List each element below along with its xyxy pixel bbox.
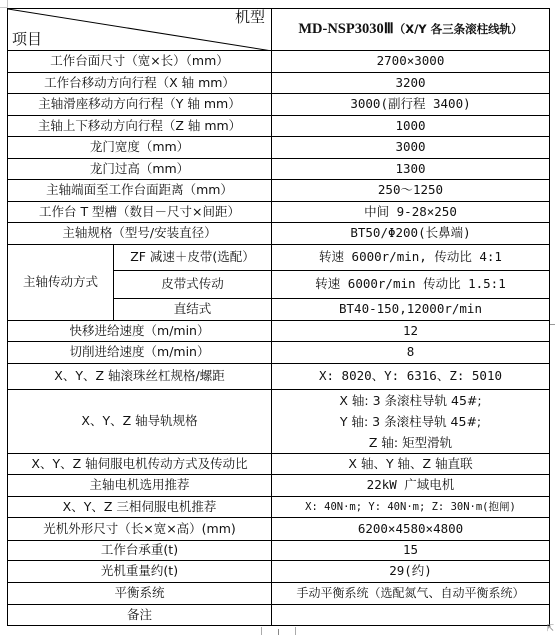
table-row: 龙门宽度（mm） 3000 <box>8 137 550 159</box>
row-value: 22kW 广域电机 <box>272 475 550 497</box>
table-row: 工作台承重(t) 15 <box>8 541 550 561</box>
spindle-drive-row: 主轴传动方式 ZF 减速＋皮带(选配） 转速 6000r/min, 传动比 4:… <box>8 245 550 271</box>
page-corner-mark <box>0 0 8 8</box>
row-value: 1300 <box>272 159 550 180</box>
table-row: 工作台面尺寸（宽×长）（mm） 2700×3000 <box>8 51 550 73</box>
table-row: 主轴端面至工作台面距离（mm） 250～1250 <box>8 180 550 202</box>
table-resize-handle[interactable] <box>261 627 296 635</box>
row-label: 龙门过高（mm） <box>8 159 272 180</box>
row-label: 切削进给速度（m/min） <box>8 342 272 364</box>
row-value: X: 40N·m; Y: 40N·m; Z: 30N·m(抱闸) <box>272 497 550 518</box>
table-row: 光机重量约(t) 29(约) <box>8 561 550 583</box>
row-label: 快移进给速度（m/min） <box>8 321 272 342</box>
table-row: 切削进给速度（m/min） 8 <box>8 342 550 364</box>
row-label: 工作台面尺寸（宽×长）（mm） <box>8 51 272 73</box>
spec-table: 机型 项目 MD-NSP3030Ⅲ（X/Y 各三条滚柱线轨） 工作台面尺寸（宽×… <box>7 8 550 626</box>
row-value: 中间 9-28×250 <box>272 202 550 223</box>
row-value: 12 <box>272 321 550 342</box>
row-label: 工作台 T 型槽（数目－尺寸×间距） <box>8 202 272 223</box>
header-item-label: 项目 <box>12 31 42 48</box>
row-value: 15 <box>272 541 550 561</box>
header-diagonal-cell: 机型 项目 <box>8 9 272 51</box>
table-row: X、Y、Z 轴伺服电机传动方式及传动比 X 轴、Y 轴、Z 轴直联 <box>8 454 550 475</box>
row-label: 工作台承重(t) <box>8 541 272 561</box>
row-value: X 轴、Y 轴、Z 轴直联 <box>272 454 550 475</box>
header-model-label: 机型 <box>235 9 265 26</box>
table-row: X、Y、Z 轴滚珠丝杠规格/螺距 X: 8020、Y: 6316、Z: 5010 <box>8 364 550 390</box>
model-name-cell: MD-NSP3030Ⅲ（X/Y 各三条滚柱线轨） <box>272 9 550 51</box>
spindle-drive-option-label: 直结式 <box>114 299 272 321</box>
spindle-drive-option-label: 皮带式传动 <box>114 271 272 299</box>
guide-rail-row: X、Y、Z 轴导轨规格 X 轴: 3 条滚柱导轨 45#; Y 轴: 3 条滚柱… <box>8 390 550 454</box>
row-value: 手动平衡系统（选配氮气、自动平衡系统） <box>272 583 550 605</box>
row-value: 250～1250 <box>272 180 550 202</box>
header-row: 机型 项目 MD-NSP3030Ⅲ（X/Y 各三条滚柱线轨） <box>8 9 550 51</box>
table-row: 主轴电机选用推荐 22kW 广域电机 <box>8 475 550 497</box>
row-label: 龙门宽度（mm） <box>8 137 272 159</box>
guide-rail-label: X、Y、Z 轴导轨规格 <box>8 390 272 454</box>
table-row: 平衡系统 手动平衡系统（选配氮气、自动平衡系统） <box>8 583 550 605</box>
guide-rail-line: X 轴: 3 条滚柱导轨 45#; <box>274 390 547 411</box>
table-row: 光机外形尺寸（长×宽×高）(mm) 6200×4580×4800 <box>8 518 550 541</box>
row-value: 29(约) <box>272 561 550 583</box>
table-row: 备注 <box>8 605 550 626</box>
row-value: 3200 <box>272 73 550 94</box>
table-row: 主轴滑座移动方向行程（Y 轴 mm） 3000(副行程 3400) <box>8 94 550 116</box>
spindle-drive-option-value: 转速 6000r/min 传动比 1.5:1 <box>272 271 550 299</box>
row-value: 3000(副行程 3400) <box>272 94 550 116</box>
margin-marker <box>550 324 555 325</box>
row-value: 8 <box>272 342 550 364</box>
model-note: （X/Y 各三条滚柱线轨） <box>394 22 523 36</box>
spindle-drive-option-value: 转速 6000r/min, 传动比 4:1 <box>272 245 550 271</box>
row-label: 备注 <box>8 605 272 626</box>
spindle-drive-option-label: ZF 减速＋皮带(选配） <box>114 245 272 271</box>
row-label: 主轴规格（型号/安装直径） <box>8 223 272 245</box>
row-value: 2700×3000 <box>272 51 550 73</box>
row-label: 主轴滑座移动方向行程（Y 轴 mm） <box>8 94 272 116</box>
row-label: X、Y、Z 轴滚珠丝杠规格/螺距 <box>8 364 272 390</box>
table-row: 龙门过高（mm） 1300 <box>8 159 550 180</box>
row-label: 平衡系统 <box>8 583 272 605</box>
row-value: X: 8020、Y: 6316、Z: 5010 <box>272 364 550 390</box>
table-row: 工作台 T 型槽（数目－尺寸×间距） 中间 9-28×250 <box>8 202 550 223</box>
spindle-drive-option-value: BT40-150,12000r/min <box>272 299 550 321</box>
row-label: 主轴电机选用推荐 <box>8 475 272 497</box>
table-row: 主轴规格（型号/安装直径） BT50/Φ200(长鼻端) <box>8 223 550 245</box>
model-name: MD-NSP3030Ⅲ <box>298 21 393 37</box>
row-label: 主轴端面至工作台面距离（mm） <box>8 180 272 202</box>
row-label: X、Y、Z 三相伺服电机推荐 <box>8 497 272 518</box>
guide-rail-line: Y 轴: 3 条滚柱导轨 45#; <box>274 411 547 432</box>
row-value: 3000 <box>272 137 550 159</box>
row-label: 光机外形尺寸（长×宽×高）(mm) <box>8 518 272 541</box>
table-row: 主轴上下移动方向行程（Z 轴 mm） 1000 <box>8 116 550 137</box>
row-value[interactable] <box>272 605 550 626</box>
table-row: 工作台移动方向行程（X 轴 mm） 3200 <box>8 73 550 94</box>
guide-rail-line: Z 轴: 矩型滑轨 <box>274 432 547 453</box>
table-row: 快移进给速度（m/min） 12 <box>8 321 550 342</box>
row-label: 光机重量约(t) <box>8 561 272 583</box>
row-value: 6200×4580×4800 <box>272 518 550 541</box>
spindle-drive-label: 主轴传动方式 <box>8 245 114 321</box>
resize-grip-icon[interactable]: ⇱ <box>546 624 554 634</box>
guide-rail-values: X 轴: 3 条滚柱导轨 45#; Y 轴: 3 条滚柱导轨 45#; Z 轴:… <box>272 390 550 454</box>
row-value: BT50/Φ200(长鼻端) <box>272 223 550 245</box>
table-row: X、Y、Z 三相伺服电机推荐 X: 40N·m; Y: 40N·m; Z: 30… <box>8 497 550 518</box>
row-label: X、Y、Z 轴伺服电机传动方式及传动比 <box>8 454 272 475</box>
row-label: 工作台移动方向行程（X 轴 mm） <box>8 73 272 94</box>
row-value: 1000 <box>272 116 550 137</box>
row-label: 主轴上下移动方向行程（Z 轴 mm） <box>8 116 272 137</box>
diagonal-line <box>8 9 272 51</box>
